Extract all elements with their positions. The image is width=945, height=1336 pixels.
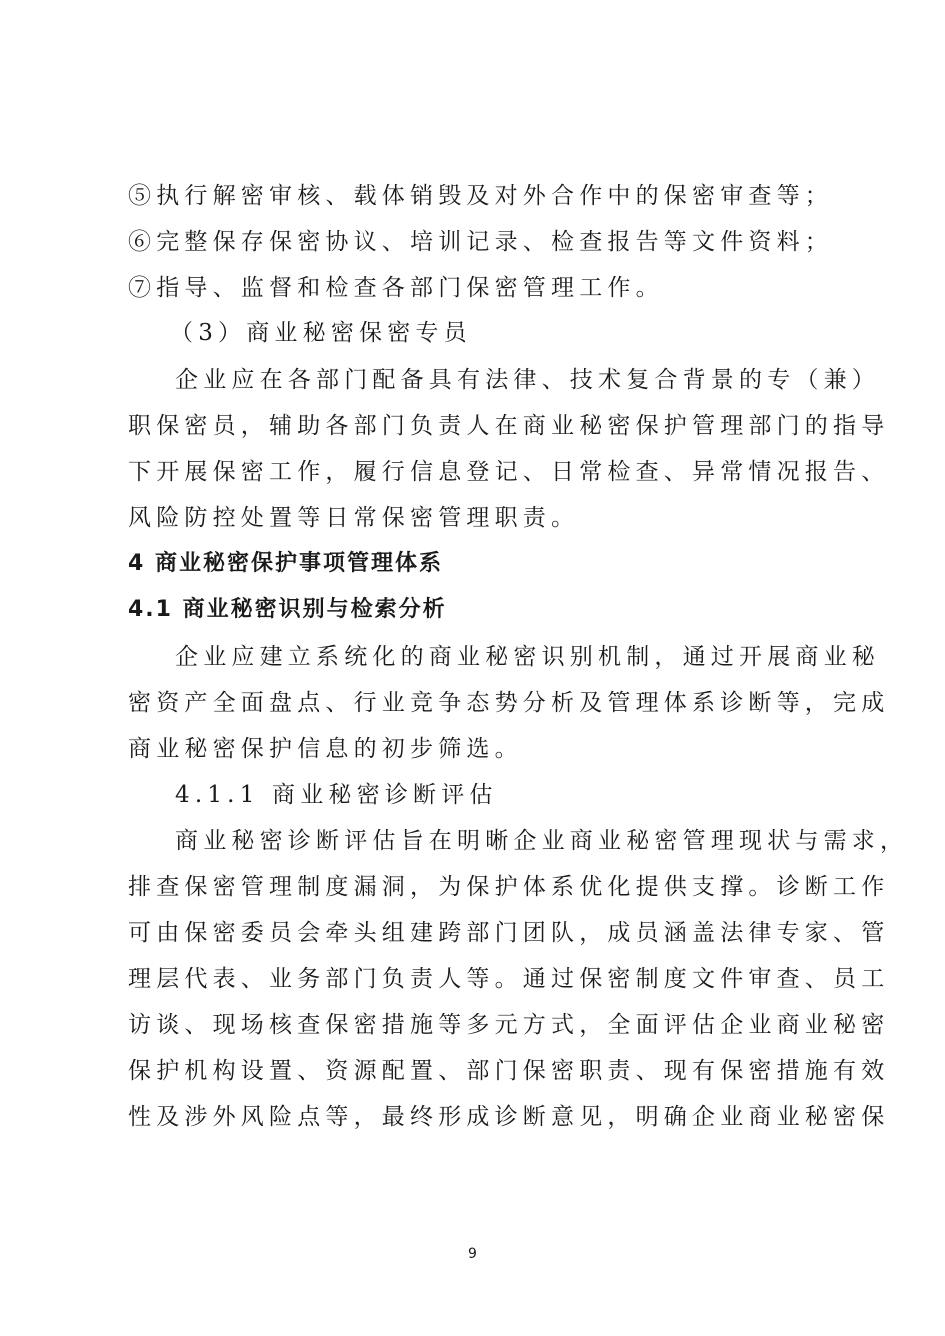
- paragraph-line: 性及涉外风险点等，最终形成诊断意见，明确企业商业秘密保: [128, 1102, 818, 1132]
- paragraph-line: 商业秘密诊断评估旨在明晰企业商业秘密管理现状与需求，: [175, 826, 825, 856]
- subsection-heading-4-1-1: 4.1.1 商业秘密诊断评估: [175, 780, 865, 810]
- paragraph-line: 风险防控处置等日常保密管理职责。: [128, 503, 818, 533]
- section-heading-4: 4 商业秘密保护事项管理体系: [128, 549, 818, 579]
- paragraph-line: 保护机构设置、资源配置、部门保密职责、现有保密措施有效: [128, 1056, 818, 1086]
- paragraph-line: 商业秘密保护信息的初步筛选。: [128, 734, 818, 764]
- paragraph-line: 密资产全面盘点、行业竞争态势分析及管理体系诊断等，完成: [128, 688, 818, 718]
- paragraph-line: 下开展保密工作，履行信息登记、日常检查、异常情况报告、: [128, 457, 818, 487]
- page-number: 9: [0, 1246, 945, 1262]
- paragraph-line: 排查保密管理制度漏洞，为保护体系优化提供支撑。诊断工作: [128, 872, 818, 902]
- paragraph-line: 企业应建立系统化的商业秘密识别机制，通过开展商业秘: [175, 642, 818, 672]
- section-heading-4-1: 4.1 商业秘密识别与检索分析: [128, 595, 818, 625]
- document-page: ⑤执行解密审核、载体销毁及对外合作中的保密审查等； ⑥完整保存保密协议、培训记录…: [0, 0, 945, 1336]
- subheading-3: （3）商业秘密保密专员: [170, 318, 860, 348]
- paragraph-line: 访谈、现场核查保密措施等多元方式，全面评估企业商业秘密: [128, 1010, 818, 1040]
- paragraph-line: 职保密员，辅助各部门负责人在商业秘密保护管理部门的指导: [128, 411, 818, 441]
- paragraph-line: 企业应在各部门配备具有法律、技术复合背景的专（兼）: [175, 365, 818, 395]
- list-item-6: ⑥完整保存保密协议、培训记录、检查报告等文件资料；: [128, 227, 818, 257]
- paragraph-line: 可由保密委员会牵头组建跨部门团队，成员涵盖法律专家、管: [128, 918, 818, 948]
- paragraph-line: 理层代表、业务部门负责人等。通过保密制度文件审查、员工: [128, 964, 818, 994]
- list-item-5: ⑤执行解密审核、载体销毁及对外合作中的保密审查等；: [128, 181, 818, 211]
- list-item-7: ⑦指导、监督和检查各部门保密管理工作。: [128, 273, 818, 303]
